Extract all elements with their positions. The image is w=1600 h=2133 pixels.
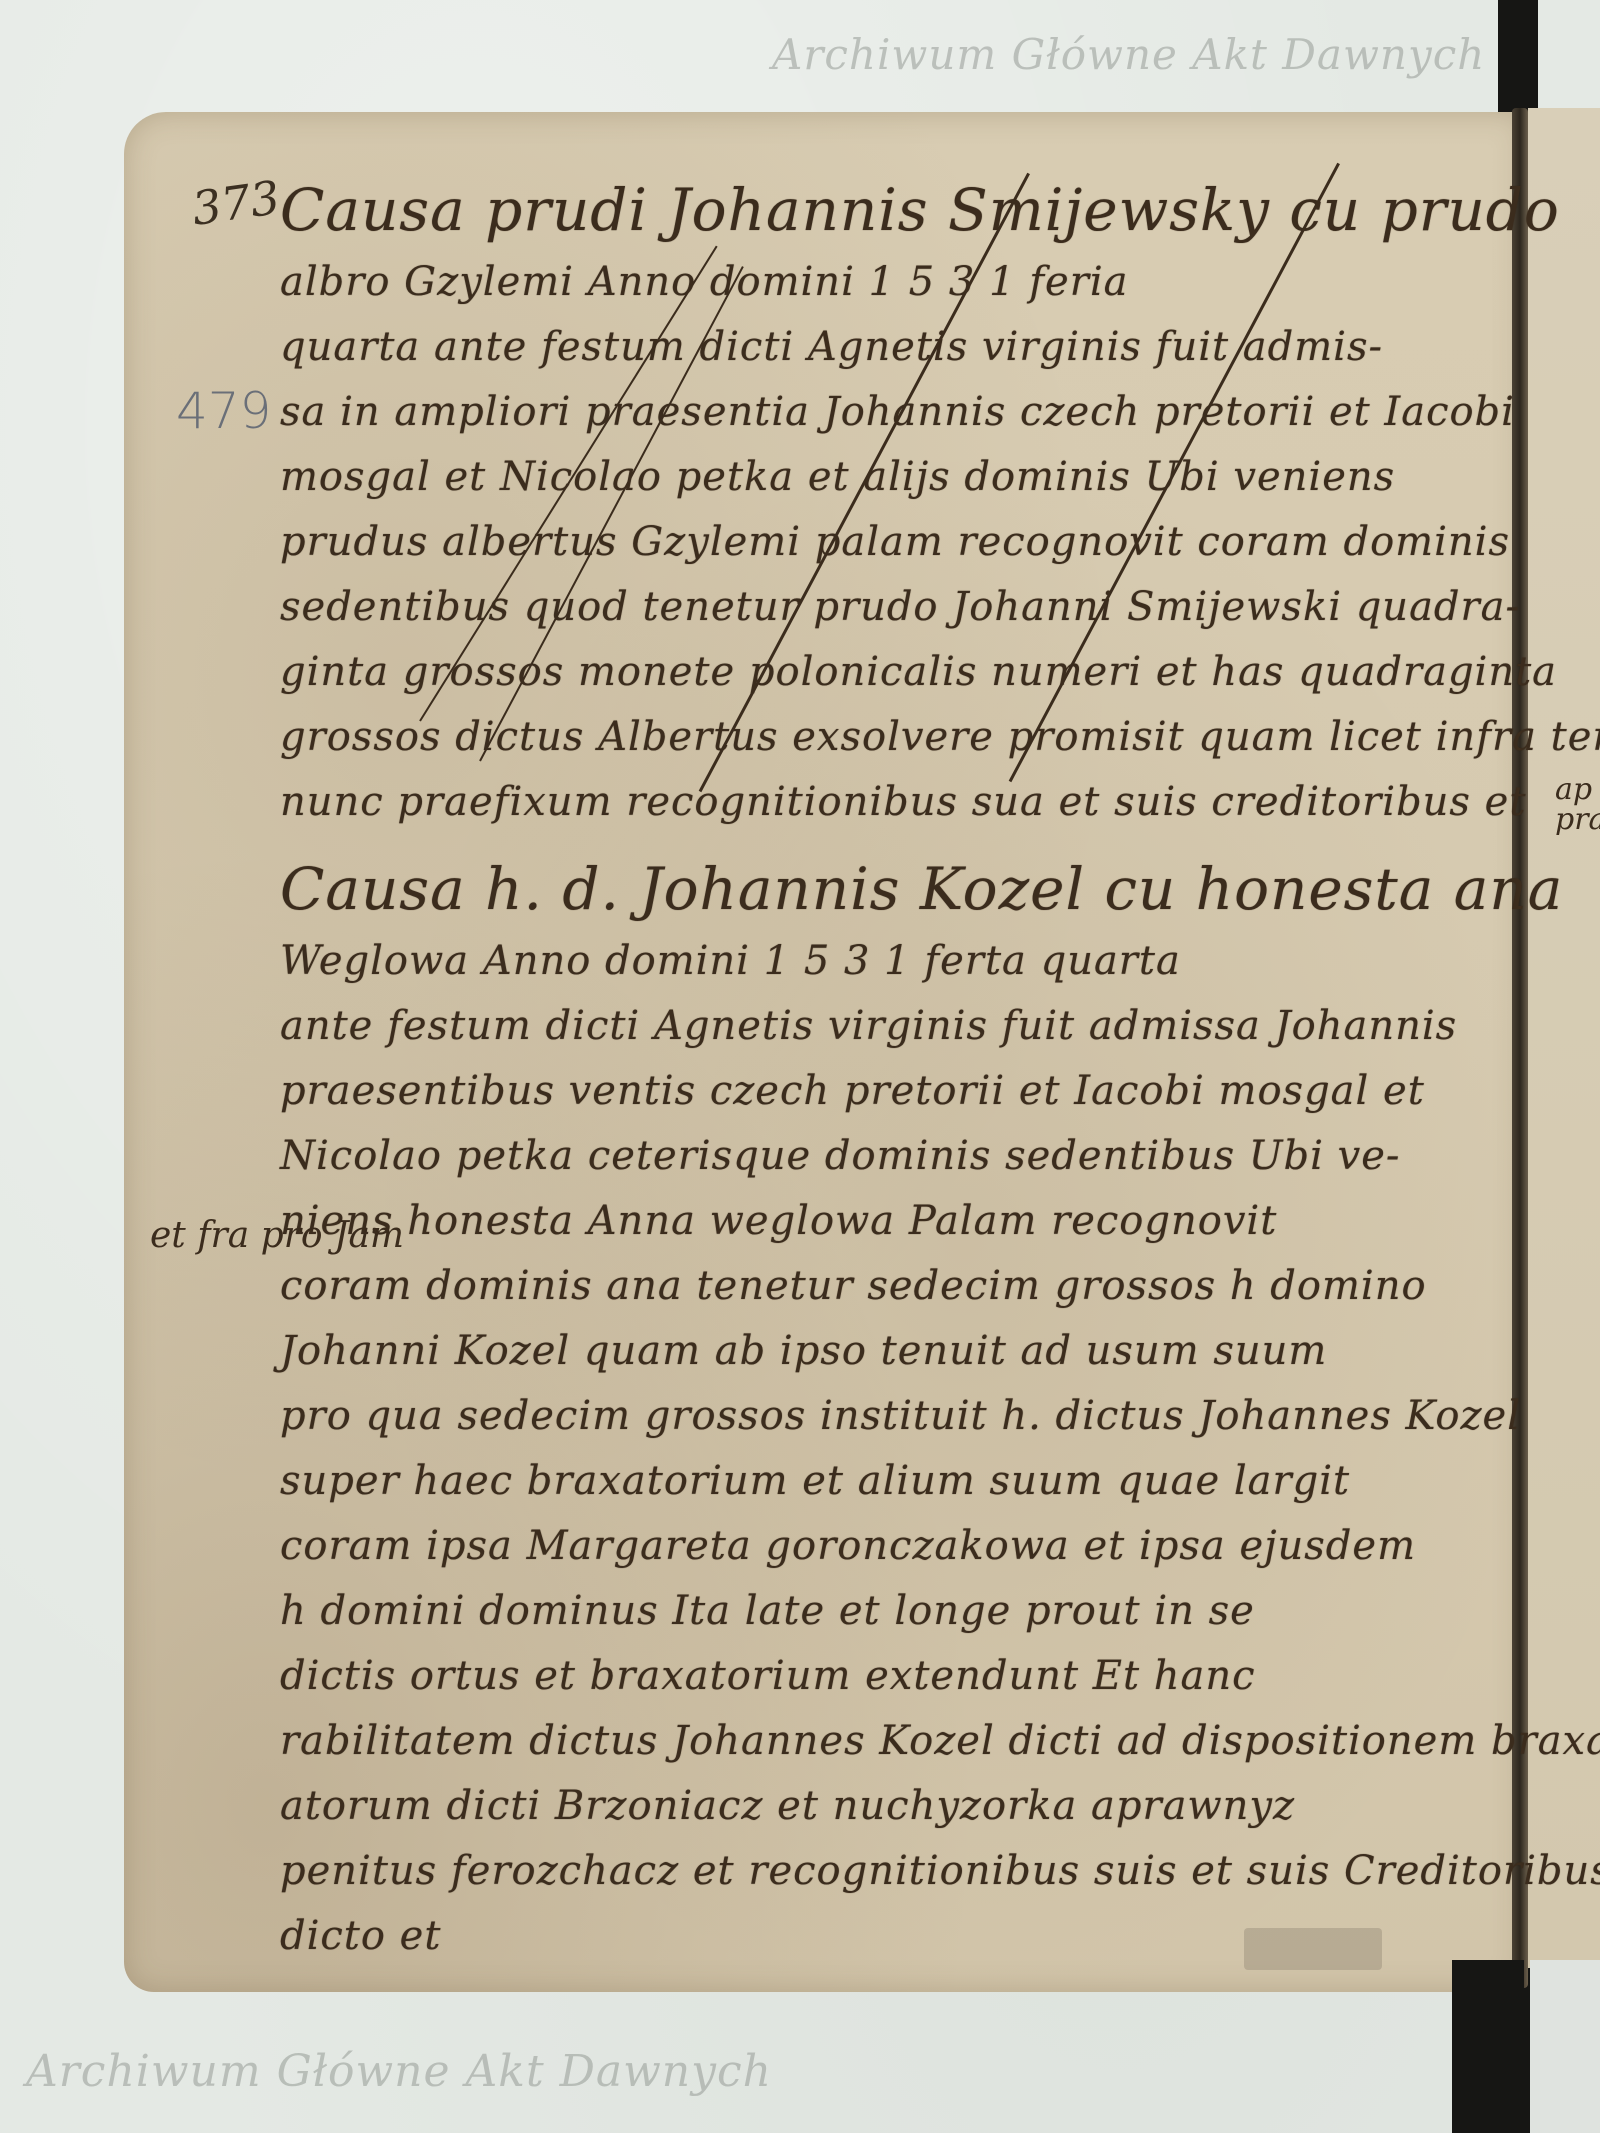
text-line: h domini dominus Ita late et longe prout… xyxy=(280,1579,1480,1644)
binding-strip-lower xyxy=(1452,1960,1524,2133)
right-margin-note: ap pra xyxy=(1555,775,1600,835)
text-line: dictis ortus et braxatorium extendunt Et… xyxy=(280,1644,1480,1709)
adjacent-leaf xyxy=(1528,108,1600,1968)
folio-number-pencil: 479 xyxy=(176,382,271,440)
text-line: quarta ante festum dicti Agnetis virgini… xyxy=(280,315,1480,380)
background-gap xyxy=(1530,1960,1600,2133)
watermark-bottom: Archiwum Główne Akt Dawnych xyxy=(26,2046,772,2097)
entry-heading: Causa h. d. Johannis Kozel cu honesta an… xyxy=(280,849,1480,929)
entry-1: Causa prudi Johannis Smijewsky cu prudo … xyxy=(280,170,1480,835)
text-line: grossos dictus Albertus exsolvere promis… xyxy=(280,705,1480,770)
text-line: super haec braxatorium et alium suum qua… xyxy=(280,1449,1480,1514)
text-line: ginta grossos monete polonicalis numeri … xyxy=(280,640,1480,705)
text-line: coram dominis ana tenetur sedecim grosso… xyxy=(280,1254,1480,1319)
text-line: pro qua sedecim grossos instituit h. dic… xyxy=(280,1384,1480,1449)
text-line: sa in ampliori praesentia Johannis czech… xyxy=(280,380,1480,445)
text-line: sedentibus quod tenetur prudo Johanni Sm… xyxy=(280,575,1480,640)
text-line: coram ipsa Margareta goronczakowa et ips… xyxy=(280,1514,1480,1579)
text-line: penitus ferozchacz et recognitionibus su… xyxy=(280,1839,1480,1904)
manuscript-text: Causa prudi Johannis Smijewsky cu prudo … xyxy=(280,170,1480,1969)
text-line: praesentibus ventis czech pretorii et Ia… xyxy=(280,1059,1480,1124)
text-line: albro Gzylemi Anno domini 1 5 3 1 feria xyxy=(280,250,1480,315)
text-line: Johanni Kozel quam ab ipso tenuit ad usu… xyxy=(280,1319,1480,1384)
text-line: rabilitatem dictus Johannes Kozel dicti … xyxy=(280,1709,1480,1774)
text-line: ante festum dicti Agnetis virginis fuit … xyxy=(280,994,1480,1059)
text-line: nunc praefixum recognitionibus sua et su… xyxy=(280,770,1480,835)
watermark-top: Archiwum Główne Akt Dawnych xyxy=(772,30,1485,79)
text-line: prudus albertus Gzylemi palam recognovit… xyxy=(280,510,1480,575)
text-line: niens honesta Anna weglowa Palam recogno… xyxy=(280,1189,1480,1254)
text-line: atorum dicti Brzoniacz et nuchyzorka apr… xyxy=(280,1774,1480,1839)
text-line: dicto et xyxy=(280,1904,1480,1969)
entry-2: Causa h. d. Johannis Kozel cu honesta an… xyxy=(280,849,1480,1969)
text-line: Weglowa Anno domini 1 5 3 1 ferta quarta xyxy=(280,929,1480,994)
text-line: Nicolao petka ceterisque dominis sedenti… xyxy=(280,1124,1480,1189)
